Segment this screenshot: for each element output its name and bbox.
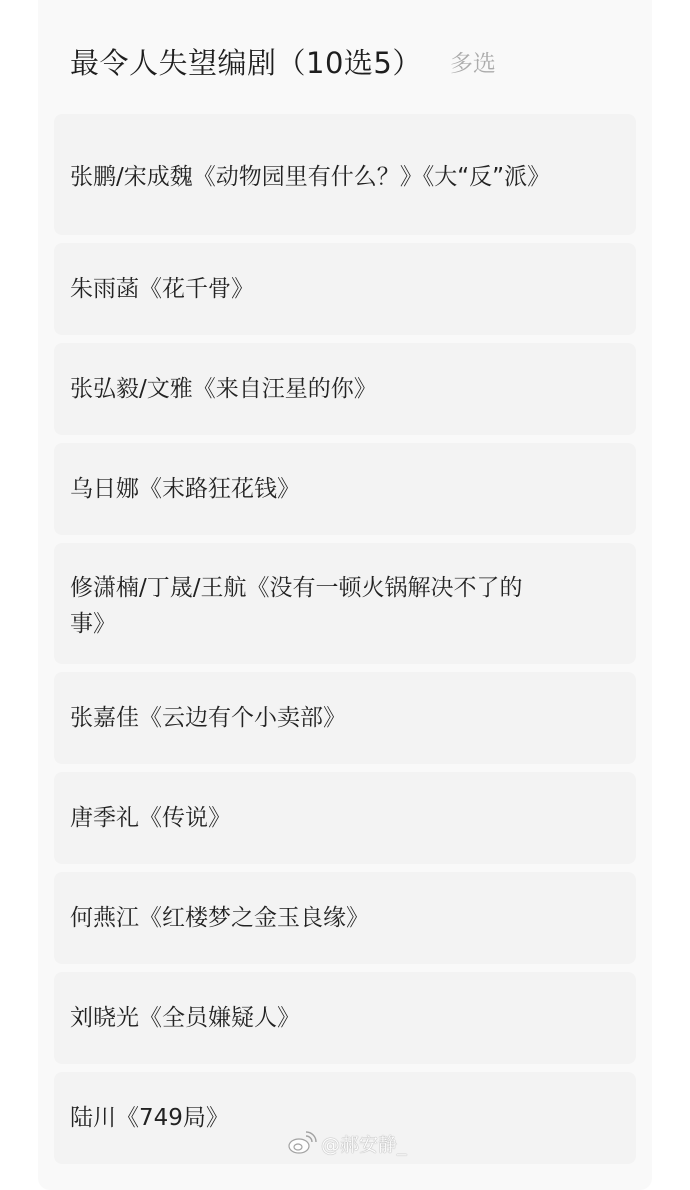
option-label: 张鹏/宋成魏《动物园里有什么？》《大“反”派》 [70,159,550,195]
question-title: 最令人失望编剧（10选5） [70,41,422,82]
watermark: @郝安静_ [287,1128,407,1158]
option-label: 修潇楠/丁晟/王航《没有一顿火锅解决不了的事》 [70,570,550,642]
option-label: 朱雨菡《花千骨》 [70,271,254,307]
poll-option[interactable]: 张鹏/宋成魏《动物园里有什么？》《大“反”派》 [54,114,636,235]
poll-option[interactable]: 乌日娜《末路狂花钱》 [54,443,636,535]
poll-option[interactable]: 朱雨菡《花千骨》 [54,243,636,335]
option-label: 张弘毅/文雅《来自汪星的你》 [70,371,377,407]
multi-select-label: 多选 [450,45,496,78]
option-label: 刘晓光《全员嫌疑人》 [70,1000,300,1036]
poll-option[interactable]: 张嘉佳《云边有个小卖部》 [54,672,636,764]
poll-option[interactable]: 刘晓光《全员嫌疑人》 [54,972,636,1064]
option-label: 何燕江《红楼梦之金玉良缘》 [70,900,369,936]
watermark-text: @郝安静_ [321,1130,407,1157]
poll-option[interactable]: 张弘毅/文雅《来自汪星的你》 [54,343,636,435]
option-list: 张鹏/宋成魏《动物园里有什么？》《大“反”派》 朱雨菡《花千骨》 张弘毅/文雅《… [54,114,636,1162]
option-label: 张嘉佳《云边有个小卖部》 [70,700,346,736]
poll-option[interactable]: 唐季礼《传说》 [54,772,636,864]
weibo-icon [287,1131,317,1155]
option-label: 陆川《749局》 [70,1100,229,1136]
poll-option[interactable]: 修潇楠/丁晟/王航《没有一顿火锅解决不了的事》 [54,543,636,664]
option-label: 乌日娜《末路狂花钱》 [70,471,300,507]
poll-option[interactable]: 何燕江《红楼梦之金玉良缘》 [54,872,636,964]
question-header: 最令人失望编剧（10选5） 多选 [70,38,496,84]
option-label: 唐季礼《传说》 [70,800,231,836]
